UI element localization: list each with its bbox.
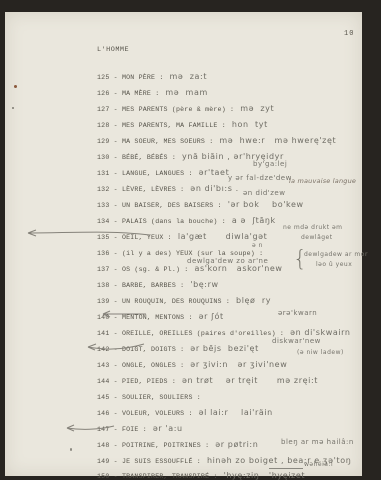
entry-typed: 138 - BARBE, BARBES : (97, 282, 184, 289)
entry-typed: 130 - BÉBÉ, BÉBÉS : (97, 154, 176, 161)
entry-row: 136 - (il y a des) YEUX (sur la soupe) : (97, 248, 269, 257)
entry-handwriting: ər ʃót (199, 312, 224, 321)
entry-row: 132 - LÈVRE, LÈVRES :ən di'bı:s . (97, 184, 239, 193)
entry-row: 127 - MES PARENTS (père & mère) :mə zyt (97, 104, 274, 113)
scanned-document: { "page": { "number": "10", "section_tit… (0, 0, 381, 480)
entry-row: 146 - VOLEUR, VOLEURS :əl lai:r lai'räin (97, 408, 273, 417)
entry-handwriting: ən di'bı:s . (190, 184, 239, 193)
handwritten-annotation-cursive: la mauvaise langue (289, 177, 356, 185)
entry-typed: 126 - MA MÈRE : (97, 90, 159, 97)
handwritten-annotation: (ə niw ladew) (297, 349, 344, 356)
handwritten-annotation: ə n (252, 242, 263, 249)
entry-row: 141 - OREILLE, OREILLES (paires d'oreill… (97, 328, 351, 337)
entry-typed: 136 - (il y a des) YEUX (sur la soupe) : (97, 250, 263, 257)
entry-handwriting: mə hwe:r mə hwerę'zęt (219, 136, 336, 145)
entry-typed: 146 - VOLEUR, VOLEURS : (97, 410, 193, 417)
entry-handwriting: 'ər bok bo'kew (228, 200, 304, 209)
entry-row: 150 - TRANSPIRER, TRANSPIRÉ :'hyę:ziŋ 'h… (97, 471, 305, 480)
entry-typed: 145 - SOULIER, SOULIERS : (97, 394, 201, 401)
entry-row: 137 - OS (sg. & Pl.) :as'korn askor'new (97, 264, 283, 273)
handwritten-annotation: dewlga'dew zo ar'ne (187, 257, 268, 265)
entry-typed: 139 - UN ROUQUIN, DES ROUQUINS : (97, 298, 230, 305)
handwritten-annotation: dewlgadew ar mor (304, 251, 368, 258)
handwritten-annotation: ləo û yeux (316, 261, 352, 268)
entry-typed: 149 - JE SUIS ESSOUFFLÉ : (97, 458, 201, 465)
entry-typed: 127 - MES PARENTS (père & mère) : (97, 106, 234, 113)
entry-typed: 137 - OS (sg. & Pl.) : (97, 266, 188, 273)
margin-arrow-icon (20, 227, 152, 239)
entry-handwriting: as'korn askor'new (194, 264, 282, 273)
handwritten-annotation: dewlâget (301, 234, 333, 241)
page-number: 10 (344, 30, 354, 38)
entry-typed: 150 - TRANSPIRER, TRANSPIRÉ : (97, 473, 218, 480)
entry-row: 143 - ONGLE, ONGLES :ər ʒivi:n ər ʒivi'n… (97, 360, 287, 369)
entry-typed: 143 - ONGLE, ONGLES : (97, 362, 184, 369)
entry-handwriting: a ə ʃtāŋk (232, 216, 276, 225)
handwritten-annotation: bleŋ ar mə hailâ:n (281, 438, 354, 446)
entry-handwriting: mə za:t (170, 72, 208, 81)
entry-handwriting: ər ʒivi:n ər ʒivi'new (190, 360, 287, 369)
entry-handwriting: ər bējs bezi'ęt (190, 344, 259, 353)
entry-row: 144 - PIED, PIEDS :ən trøt ər tręit mə z… (97, 376, 318, 385)
entry-typed: 144 - PIED, PIEDS : (97, 378, 176, 385)
handwritten-annotation: ən did'zew (243, 189, 285, 197)
entry-typed: 128 - MES PARENTS, MA FAMILLE : (97, 122, 226, 129)
entry-row: 125 - MON PÈRE :mə za:t (97, 72, 207, 81)
entry-typed: 132 - LÈVRE, LÈVRES : (97, 186, 184, 193)
entry-typed: 134 - PALAIS (dans la bouche) : (97, 218, 226, 225)
section-title: L'HOMME (97, 46, 129, 54)
entry-row: 139 - UN ROUQUIN, DES ROUQUINS :blęø ry (97, 296, 271, 305)
entry-row: 131 - LANGUE, LANGUES :ər'taet (97, 168, 229, 177)
entry-row: 145 - SOULIER, SOULIERS : (97, 392, 207, 401)
entry-handwriting: ər 'a:u (153, 424, 183, 433)
handwritten-annotation: ne mdə drukt əm (283, 224, 343, 231)
entry-row: 138 - BARBE, BARBES :'bę:rw (97, 280, 219, 289)
handwritten-dash (269, 468, 303, 469)
entry-handwriting: əl lai:r lai'räin (199, 408, 273, 417)
entry-handwriting: mə zyt (240, 104, 274, 113)
entry-row: 134 - PALAIS (dans la bouche) :a ə ʃtāŋk (97, 216, 276, 225)
entry-handwriting: 'bę:rw (190, 280, 218, 289)
entry-handwriting: ən trøt ər tręit mə zręi:t (182, 376, 318, 385)
margin-arrow-icon (62, 422, 116, 434)
entry-typed: 148 - POITRINE, POITRINES : (97, 442, 209, 449)
entry-handwriting: ər'taet (199, 168, 230, 177)
entry-handwriting: ər pøtri:n (215, 440, 258, 449)
entry-typed: 131 - LANGUE, LANGUES : (97, 170, 193, 177)
document-page: 10 L'HOMME 125 - MON PÈRE :mə za:t 126 -… (5, 12, 362, 476)
entry-row: 148 - POITRINE, POITRINES :ər pøtri:n (97, 440, 258, 449)
margin-arrow-icon (98, 309, 148, 319)
handwritten-annotation: diskwar'new (272, 337, 321, 345)
handwritten-annotation: by'ga:lej (253, 160, 287, 168)
entry-handwriting: 'hyę:ziŋ 'hyęizet (224, 471, 306, 480)
entry-typed: 125 - MON PÈRE : (97, 74, 164, 81)
entry-typed: 129 - MA SOEUR, MES SOEURS : (97, 138, 213, 145)
entry-typed: 133 - UN BAISER, DES BAISERS : (97, 202, 222, 209)
entry-handwriting: la'gæt diwla'gət (178, 232, 268, 241)
entry-handwriting: ən di'skwairn (290, 328, 351, 337)
entry-row: 126 - MA MÈRE :mə mam (97, 88, 208, 97)
handwritten-annotation: ərə'kwarn (278, 309, 317, 317)
entry-row: 129 - MA SOEUR, MES SOEURS :mə hwe:r mə … (97, 136, 336, 145)
handwritten-annotation: wəhéia:l (304, 461, 333, 468)
paper-speck (70, 448, 72, 451)
entry-handwriting: mə mam (165, 88, 208, 97)
handwritten-annotation: y ər fal-dze'dew (228, 174, 292, 182)
entry-handwriting: hon tyt (232, 120, 268, 129)
entry-row: 133 - UN BAISER, DES BAISERS :'ər bok bo… (97, 200, 304, 209)
margin-arrow-icon (82, 340, 146, 354)
entry-row: 128 - MES PARENTS, MA FAMILLE :hon tyt (97, 120, 268, 129)
entry-handwriting: blęø ry (236, 296, 271, 305)
paper-speck (12, 107, 14, 109)
entry-typed: 141 - OREILLE, OREILLES (paires d'oreill… (97, 330, 284, 337)
paper-speck (14, 85, 17, 88)
